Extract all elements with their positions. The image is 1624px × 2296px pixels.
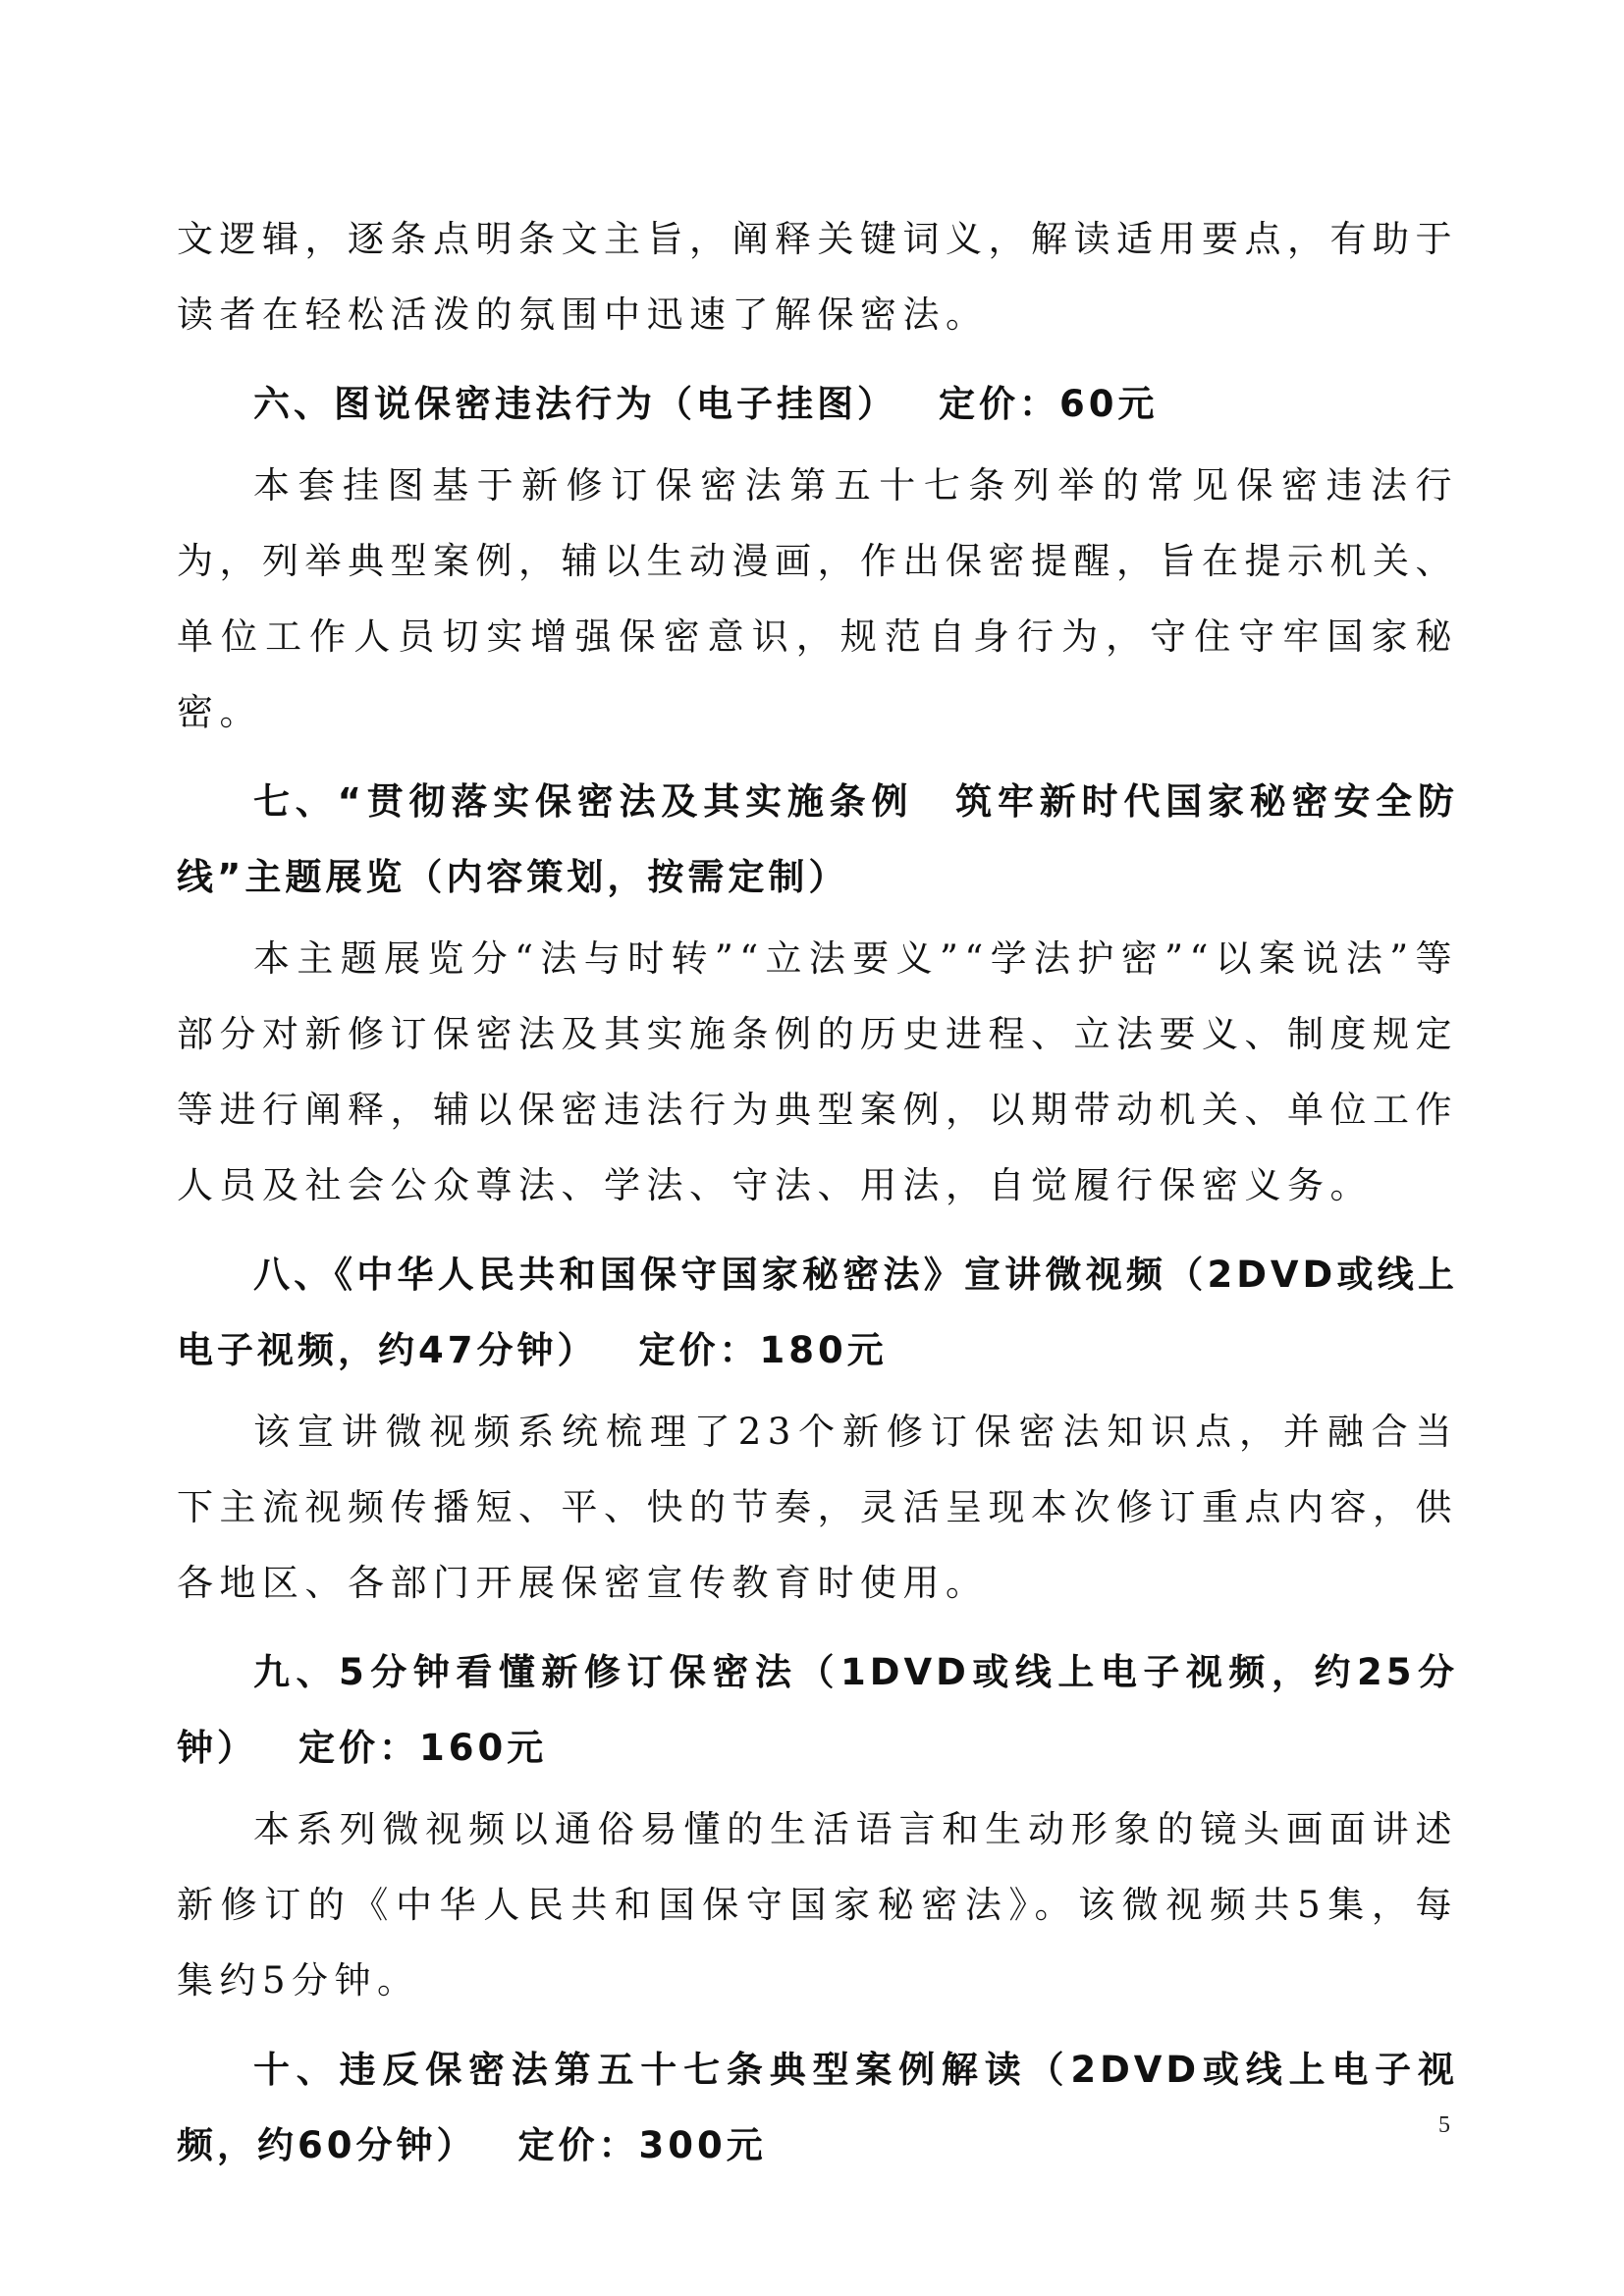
section-body-8: 该宣讲微视频系统梳理了23个新修订保密法知识点，并融合当下主流视频传播短、平、快… xyxy=(177,1394,1458,1621)
section-heading-6: 六、图说保密违法行为（电子挂图）定价：60元 xyxy=(177,366,1458,442)
section-body-6: 本套挂图基于新修订保密法第五十七条列举的常见保密违法行为，列举典型案例，辅以生动… xyxy=(177,448,1458,750)
section-price: 定价：300元 xyxy=(518,2124,767,2166)
section-body-7: 本主题展览分“法与时转”“立法要义”“学法护密”“以案说法”等部分对新修订保密法… xyxy=(177,921,1458,1223)
section-price: 定价：60元 xyxy=(939,383,1159,425)
document-page: 文逻辑，逐条点明条文主旨，阐释关键词义，解读适用要点，有助于读者在轻松活泼的氛围… xyxy=(177,201,1458,2189)
section-title: 六、图说保密违法行为（电子挂图） xyxy=(253,383,897,425)
section-heading-9: 九、5分钟看懂新修订保密法（1DVD或线上电子视频，约25分钟）定价：160元 xyxy=(177,1634,1458,1786)
section-title: 七、“贯彻落实保密法及其实施条例 筑牢新时代国家秘密安全防线”主题展览（内容策划… xyxy=(177,780,1458,898)
section-heading-7: 七、“贯彻落实保密法及其实施条例 筑牢新时代国家秘密安全防线”主题展览（内容策划… xyxy=(177,764,1458,915)
page-number: 5 xyxy=(1438,2112,1450,2139)
section-heading-8: 八、《中华人民共和国保守国家秘密法》宣讲微视频（2DVD或线上电子视频，约47分… xyxy=(177,1237,1458,1388)
section-title: 十、违反保密法第五十七条典型案例解读（2DVD或线上电子视频，约60分钟） xyxy=(177,2049,1458,2166)
section-heading-10: 十、违反保密法第五十七条典型案例解读（2DVD或线上电子视频，约60分钟）定价：… xyxy=(177,2032,1458,2183)
section-body-9: 本系列微视频以通俗易懂的生活语言和生动形象的镜头画面讲述新修订的《中华人民共和国… xyxy=(177,1791,1458,2018)
section-price: 定价：160元 xyxy=(298,1727,547,1769)
section-price: 定价：180元 xyxy=(639,1329,888,1371)
continuation-paragraph: 文逻辑，逐条点明条文主旨，阐释关键词义，解读适用要点，有助于读者在轻松活泼的氛围… xyxy=(177,201,1458,352)
